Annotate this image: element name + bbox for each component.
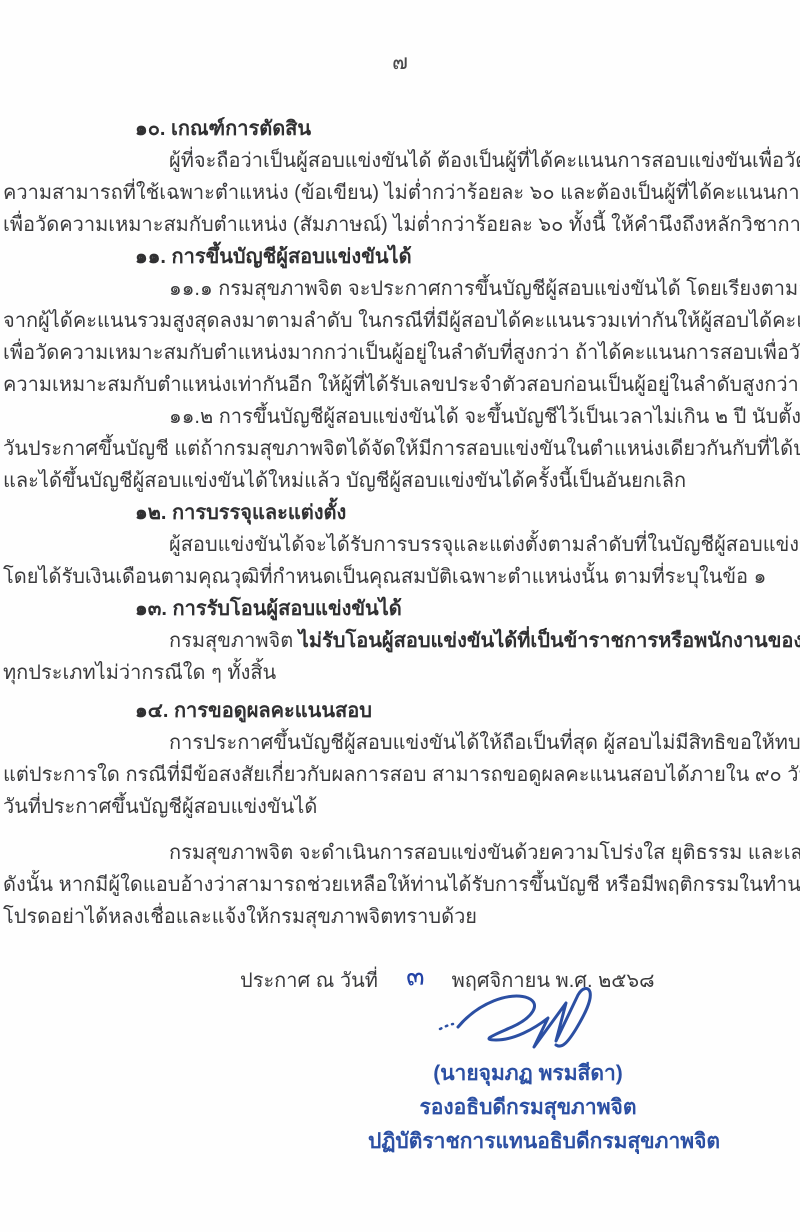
text-line: เพื่อวัดความเหมาะสมกับตำแหน่งมากกว่าเป็น…	[3, 337, 797, 369]
signer-name: (นายจุมภฏ พรมสีดา)	[368, 1057, 688, 1091]
text-line: ๑๑.๒ การขึ้นบัญชีผู้สอบแข่งขันได้ จะขึ้น…	[3, 401, 797, 433]
paragraph: กรมสุขภาพจิต ไม่รับโอนผู้สอบแข่งขันได้ที…	[3, 625, 797, 689]
paragraph: ๑๑.๒ การขึ้นบัญชีผู้สอบแข่งขันได้ จะขึ้น…	[3, 401, 797, 497]
paragraph: ผู้สอบแข่งขันได้จะได้รับการบรรจุและแต่งต…	[3, 529, 797, 593]
document-page: ๗ ๑๐. เกณฑ์การตัดสินผู้ที่จะถือว่าเป็นผู…	[0, 0, 800, 1232]
section-heading: ๑๓. การรับโอนผู้สอบแข่งขันได้	[3, 593, 797, 625]
text-segment: จากผู้ได้คะแนนรวมสูงสุดลงมาตามลำดับ ในกร…	[3, 310, 800, 332]
section-heading: ๑๒. การบรรจุและแต่งตั้ง	[3, 497, 797, 529]
document-body: ๑๐. เกณฑ์การตัดสินผู้ที่จะถือว่าเป็นผู้ส…	[0, 113, 800, 933]
text-segment: ๑๐. เกณฑ์การตัดสิน	[135, 118, 311, 140]
text-line: ผู้ที่จะถือว่าเป็นผู้สอบแข่งขันได้ ต้องเ…	[3, 145, 797, 177]
text-segment: วันที่ประกาศขึ้นบัญชีผู้สอบแข่งขันได้	[3, 796, 317, 818]
signer-acting-role: ปฏิบัติราชการแทนอธิบดีกรมสุขภาพจิต	[368, 1125, 688, 1159]
text-line: และได้ขึ้นบัญชีผู้สอบแข่งขันได้ใหม่แล้ว …	[3, 465, 797, 497]
paragraph: ๑๑.๑ กรมสุขภาพจิต จะประกาศการขึ้นบัญชีผู…	[3, 273, 797, 401]
text-line: เพื่อวัดความเหมาะสมกับตำแหน่ง (สัมภาษณ์)…	[3, 209, 797, 241]
text-line: การประกาศขึ้นบัญชีผู้สอบแข่งขันได้ให้ถือ…	[3, 727, 797, 759]
text-segment: การประกาศขึ้นบัญชีผู้สอบแข่งขันได้ให้ถือ…	[169, 732, 800, 754]
text-segment: กรมสุขภาพจิต	[169, 630, 299, 652]
text-line: ๑๐. เกณฑ์การตัดสิน	[3, 113, 797, 145]
section-heading: ๑๔. การขอดูผลคะแนนสอบ	[3, 695, 797, 727]
text-line: ทุกประเภทไม่ว่ากรณีใด ๆ ทั้งสิ้น	[3, 657, 797, 689]
signer-role: รองอธิบดีกรมสุขภาพจิต	[368, 1091, 688, 1125]
text-line: ดังนั้น หากมีผู้ใดแอบอ้างว่าสามารถช่วยเห…	[3, 869, 797, 901]
handwritten-signature-icon	[418, 985, 638, 1057]
text-line: โปรดอย่าได้หลงเชื่อและแจ้งให้กรมสุขภาพจิ…	[3, 901, 797, 933]
text-segment: โดยได้รับเงินเดือนตามคุณวุฒิที่กำหนดเป็น…	[3, 566, 766, 588]
text-segment: ความเหมาะสมกับตำแหน่งเท่ากันอีก ให้ผู้ที…	[3, 374, 799, 396]
section-heading: ๑๑. การขึ้นบัญชีผู้สอบแข่งขันได้	[3, 241, 797, 273]
section-heading: ๑๐. เกณฑ์การตัดสิน	[3, 113, 797, 145]
text-line: จากผู้ได้คะแนนรวมสูงสุดลงมาตามลำดับ ในกร…	[3, 305, 797, 337]
paragraph: ผู้ที่จะถือว่าเป็นผู้สอบแข่งขันได้ ต้องเ…	[3, 145, 797, 241]
text-segment: ผู้สอบแข่งขันได้จะได้รับการบรรจุและแต่งต…	[169, 534, 800, 556]
text-segment: ๑๔. การขอดูผลคะแนนสอบ	[135, 700, 372, 722]
text-segment: ๑๑. การขึ้นบัญชีผู้สอบแข่งขันได้	[135, 246, 412, 268]
text-line: ๑๓. การรับโอนผู้สอบแข่งขันได้	[3, 593, 797, 625]
text-segment: โปรดอย่าได้หลงเชื่อและแจ้งให้กรมสุขภาพจิ…	[3, 906, 477, 928]
text-line: ๑๑. การขึ้นบัญชีผู้สอบแข่งขันได้	[3, 241, 797, 273]
text-line: ผู้สอบแข่งขันได้จะได้รับการบรรจุและแต่งต…	[3, 529, 797, 561]
text-line: ความสามารถที่ใช้เฉพาะตำแหน่ง (ข้อเขียน) …	[3, 177, 797, 209]
paragraph: การประกาศขึ้นบัญชีผู้สอบแข่งขันได้ให้ถือ…	[3, 727, 797, 823]
text-segment: เพื่อวัดความเหมาะสมกับตำแหน่งมากกว่าเป็น…	[3, 342, 800, 364]
page-number: ๗	[0, 0, 800, 79]
text-line: วันประกาศขึ้นบัญชี แต่ถ้ากรมสุขภาพจิตได้…	[3, 433, 797, 465]
text-segment: และได้ขึ้นบัญชีผู้สอบแข่งขันได้ใหม่แล้ว …	[3, 470, 686, 492]
signature-block: (นายจุมภฏ พรมสีดา) รองอธิบดีกรมสุขภาพจิต…	[368, 985, 688, 1159]
paragraph: กรมสุขภาพจิต จะดำเนินการสอบแข่งขันด้วยคว…	[3, 837, 797, 933]
text-line: ๑๒. การบรรจุและแต่งตั้ง	[3, 497, 797, 529]
text-line: ๑๔. การขอดูผลคะแนนสอบ	[3, 695, 797, 727]
text-line: กรมสุขภาพจิต จะดำเนินการสอบแข่งขันด้วยคว…	[3, 837, 797, 869]
text-segment: ๑๓. การรับโอนผู้สอบแข่งขันได้	[135, 598, 402, 620]
text-segment: ดังนั้น หากมีผู้ใดแอบอ้างว่าสามารถช่วยเห…	[3, 874, 800, 896]
text-line: ความเหมาะสมกับตำแหน่งเท่ากันอีก ให้ผู้ที…	[3, 369, 797, 401]
text-segment: ๑๒. การบรรจุและแต่งตั้ง	[135, 502, 346, 524]
text-segment: ๑๑.๑ กรมสุขภาพจิต จะประกาศการขึ้นบัญชีผู…	[169, 278, 800, 300]
text-segment: ๑๑.๒ การขึ้นบัญชีผู้สอบแข่งขันได้ จะขึ้น…	[169, 406, 800, 428]
text-segment: ความสามารถที่ใช้เฉพาะตำแหน่ง (ข้อเขียน) …	[3, 182, 800, 204]
text-segment: ทุกประเภทไม่ว่ากรณีใด ๆ ทั้งสิ้น	[3, 662, 276, 684]
text-segment: เพื่อวัดความเหมาะสมกับตำแหน่ง (สัมภาษณ์)…	[3, 214, 800, 236]
text-segment: แต่ประการใด กรณีที่มีข้อสงสัยเกี่ยวกับผล…	[3, 764, 800, 786]
text-segment: กรมสุขภาพจิต จะดำเนินการสอบแข่งขันด้วยคว…	[169, 842, 800, 864]
text-segment: ผู้ที่จะถือว่าเป็นผู้สอบแข่งขันได้ ต้องเ…	[169, 150, 800, 172]
text-line: กรมสุขภาพจิต ไม่รับโอนผู้สอบแข่งขันได้ที…	[3, 625, 797, 657]
text-segment: ไม่รับโอนผู้สอบแข่งขันได้ที่เป็นข้าราชกา…	[299, 630, 800, 652]
text-line: ๑๑.๑ กรมสุขภาพจิต จะประกาศการขึ้นบัญชีผู…	[3, 273, 797, 305]
text-line: โดยได้รับเงินเดือนตามคุณวุฒิที่กำหนดเป็น…	[3, 561, 797, 593]
text-line: วันที่ประกาศขึ้นบัญชีผู้สอบแข่งขันได้	[3, 791, 797, 823]
text-line: แต่ประการใด กรณีที่มีข้อสงสัยเกี่ยวกับผล…	[3, 759, 797, 791]
date-prefix: ประกาศ ณ วันที่	[240, 970, 378, 992]
text-segment: วันประกาศขึ้นบัญชี แต่ถ้ากรมสุขภาพจิตได้…	[3, 438, 800, 460]
